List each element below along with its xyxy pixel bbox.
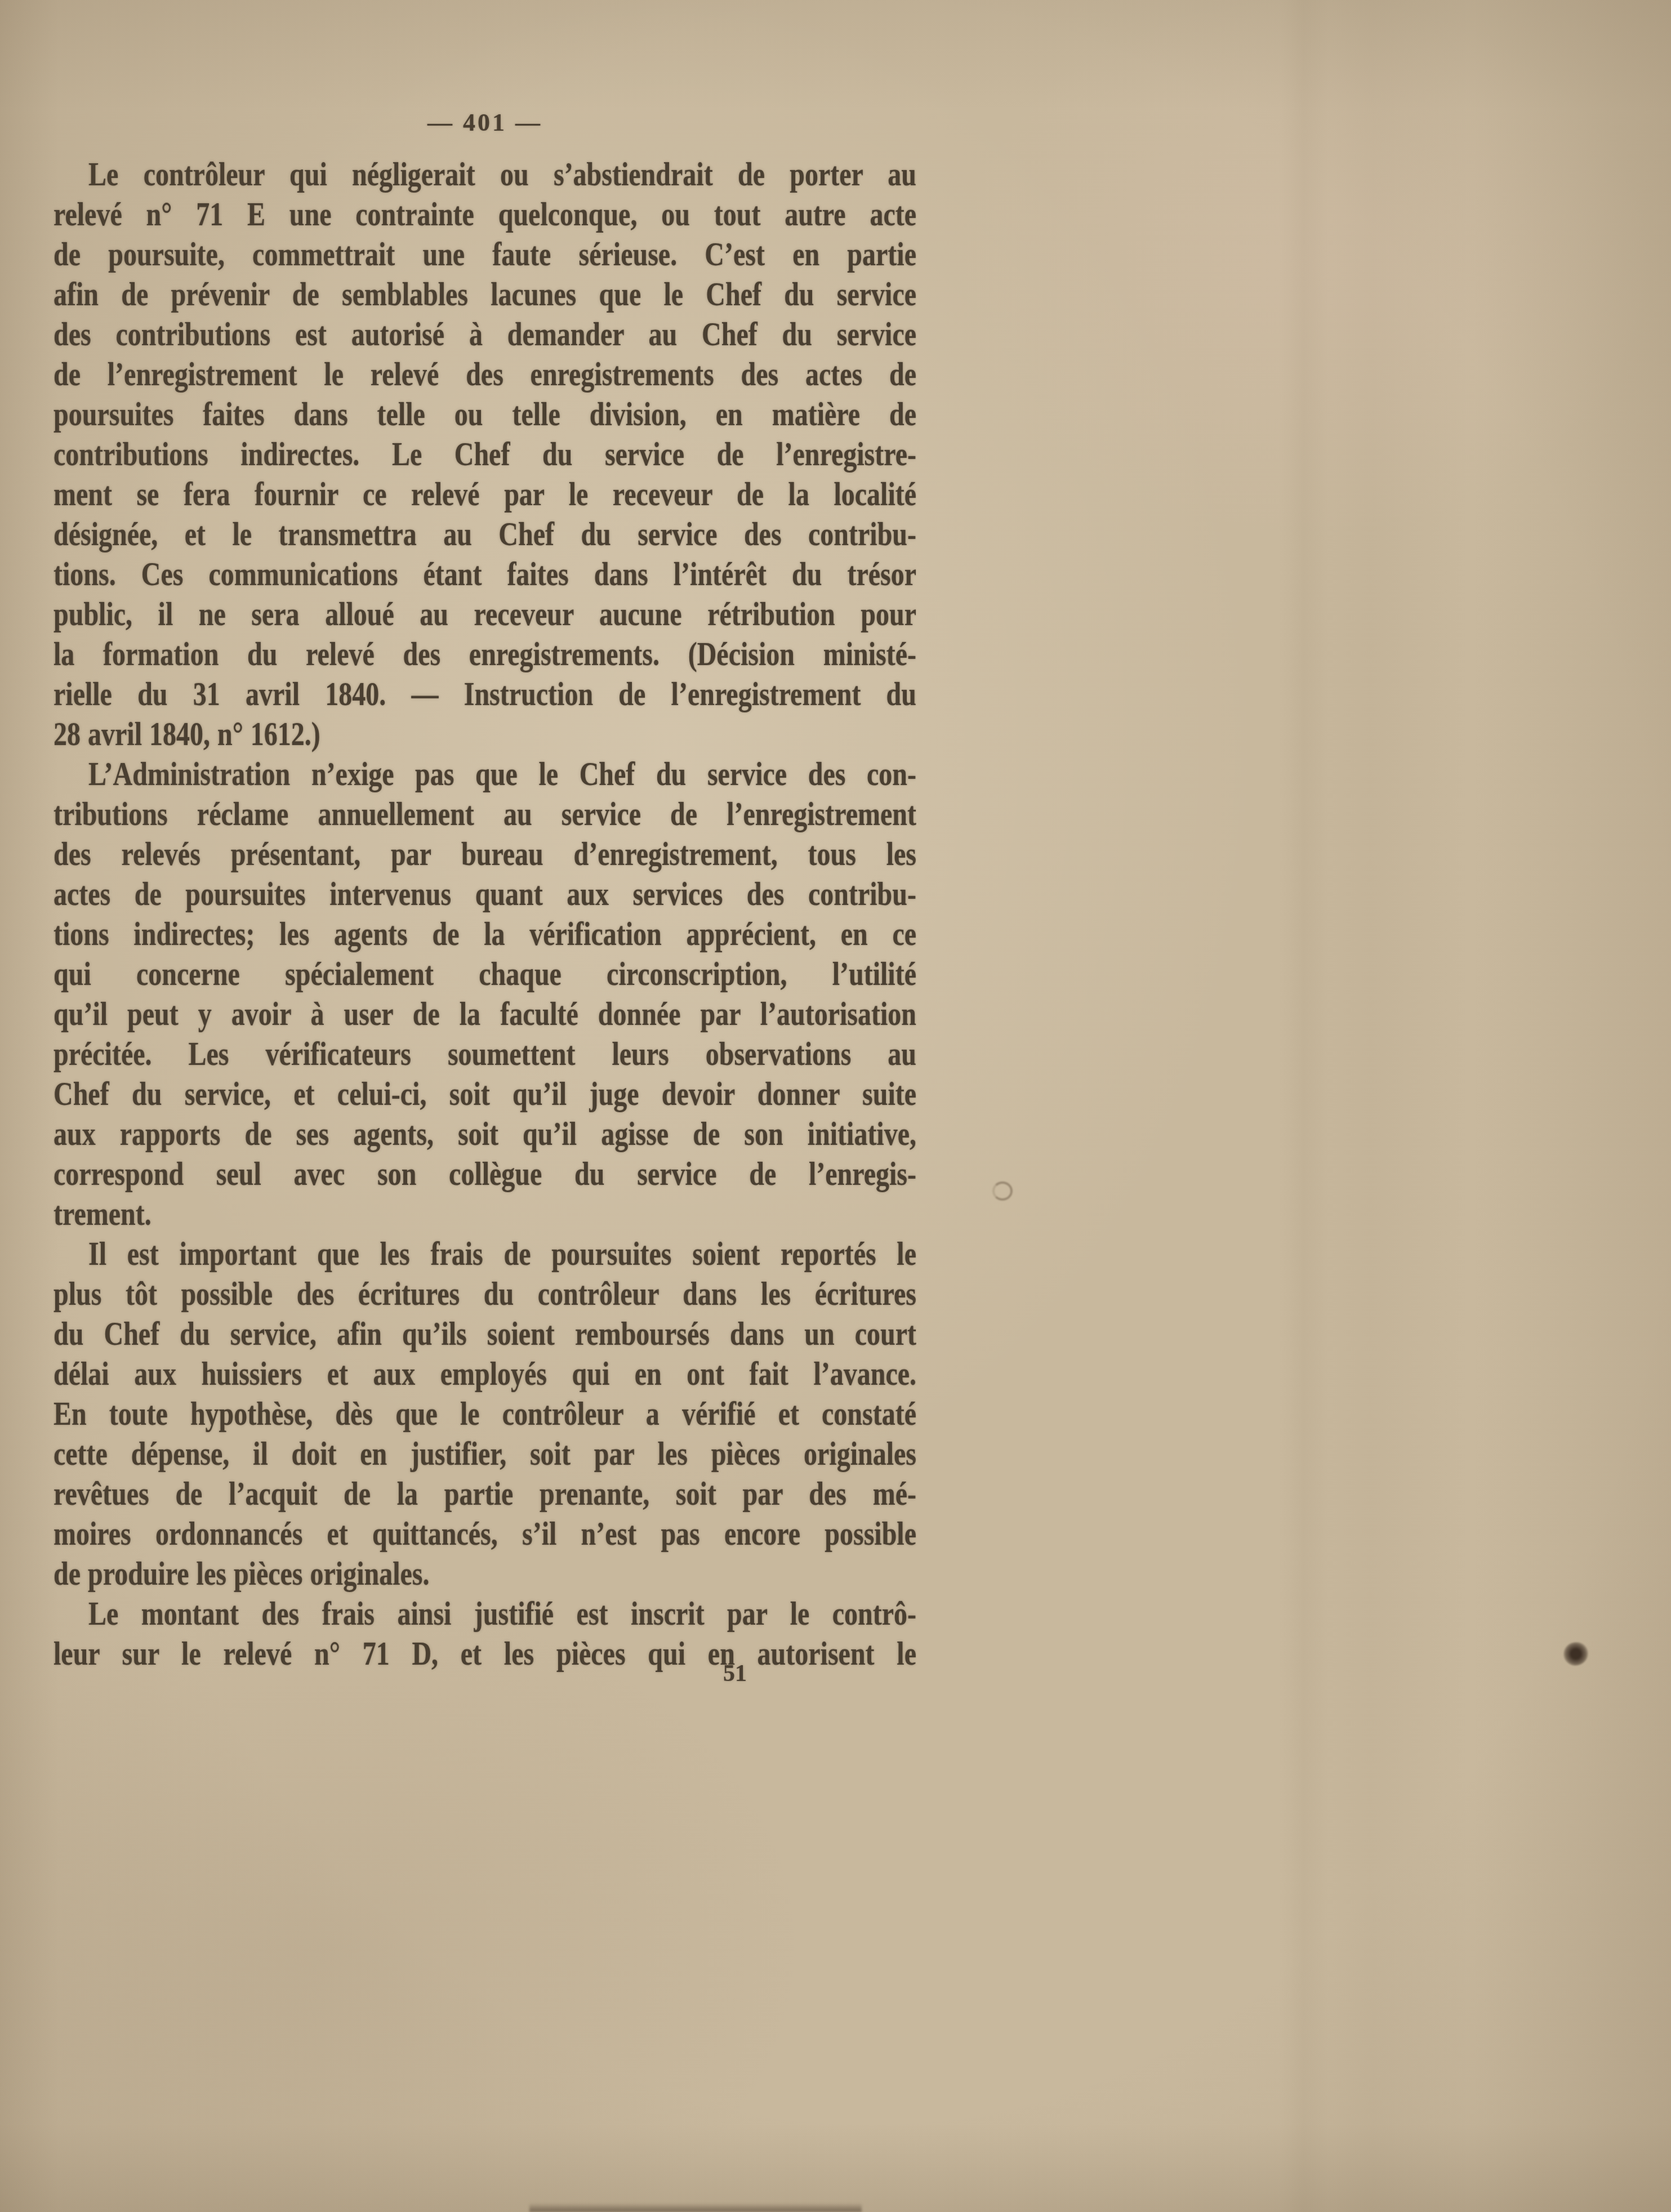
signature-number: 51 bbox=[693, 1660, 777, 1687]
document-page: — 401 — Le contrôleur qui négligerait ou… bbox=[0, 0, 1671, 2212]
ink-spot-stain bbox=[1563, 1642, 1588, 1666]
page-number-header: — 401 — bbox=[54, 108, 916, 137]
bottom-edge-stain bbox=[529, 2203, 862, 2212]
ring-mark-stain bbox=[992, 1181, 1013, 1201]
body-text: Le contrôleur qui négligerait ou s’absti… bbox=[54, 154, 916, 1674]
text-line: leur sur le relevé n° 71 D, et les pièce… bbox=[54, 1629, 916, 1678]
paper-shade bbox=[1278, 0, 1329, 2212]
